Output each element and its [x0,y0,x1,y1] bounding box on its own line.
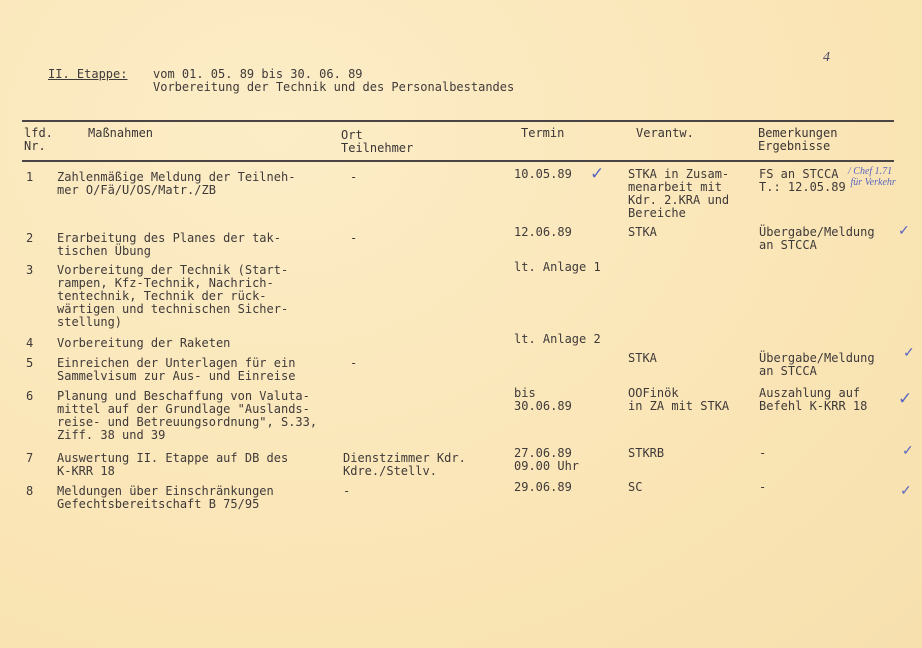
stage-label: II. Etappe: [48,68,127,81]
page-number: 4 [823,50,830,66]
row-termin: 29.06.89 [514,481,572,494]
table-header-rule [22,160,894,162]
row-bemerkungen: - [759,481,766,494]
row-bemerkungen: - [759,447,766,460]
row-massnahme: Vorbereitung der Raketen [57,337,230,350]
row-ort: - [350,232,357,245]
row-massnahme: Meldungen über Einschränkungen Gefechtsb… [57,485,274,511]
row-verantw: STKA [628,352,657,365]
row-termin: lt. Anlage 2 [514,333,601,346]
row-verantw: OOFinök in ZA mit STKA [628,387,729,413]
row-termin: 10.05.89 [514,168,572,181]
row-ort: Dienstzimmer Kdr. Kdre./Stellv. [343,452,466,478]
row-nr: 7 [26,452,33,465]
row-massnahme: Planung und Beschaffung von Valuta- mitt… [57,390,317,442]
header-termin: Termin [521,127,564,140]
row-nr: 5 [26,357,33,370]
row-massnahme: Zahlenmäßige Meldung der Teilneh- mer O/… [57,171,295,197]
row-ort: - [343,485,350,498]
row-nr: 3 [26,264,33,277]
row-nr: 2 [26,232,33,245]
check-mark-icon: ✓ [590,165,604,182]
check-mark-icon: ✓ [900,482,912,499]
row-bemerkungen: Auszahlung auf Befehl K-KRR 18 [759,387,867,413]
row-massnahme: Auswertung II. Etappe auf DB des K-KRR 1… [57,452,288,478]
check-mark-icon: ✓ [898,390,912,407]
row-bemerkungen: FS an STCCA T.: 12.05.89 [759,168,846,194]
row-verantw: STKRB [628,447,664,460]
check-mark-icon: ✓ [898,222,910,239]
row-nr: 4 [26,337,33,350]
row-massnahme: Einreichen der Unterlagen für ein Sammel… [57,357,295,383]
row-bemerkungen: Übergabe/Meldung an STCCA [759,352,875,378]
row-termin: 12.06.89 [514,226,572,239]
stage-subject: Vorbereitung der Technik und des Persona… [153,81,514,94]
table-top-rule [22,120,894,122]
row-termin: 27.06.89 09.00 Uhr [514,447,579,473]
row-nr: 6 [26,390,33,403]
header-ort: Ort Teilnehmer [341,129,413,155]
row-nr: 1 [26,171,33,184]
handwritten-note: / Chef 1.71 für Verkehr [848,166,896,188]
row-verantw: STKA in Zusam- menarbeit mit Kdr. 2.KRA … [628,168,729,220]
header-massnahmen: Maßnahmen [88,127,153,140]
header-nr: lfd. Nr. [24,127,53,153]
row-verantw: STKA [628,226,657,239]
row-ort: - [350,171,357,184]
row-verantw: SC [628,481,642,494]
row-bemerkungen: Übergabe/Meldung an STCCA [759,226,875,252]
row-termin: lt. Anlage 1 [514,261,601,274]
row-ort: - [350,357,357,370]
check-mark-icon: ✓ [903,344,915,361]
row-massnahme: Vorbereitung der Technik (Start- rampen,… [57,264,288,329]
row-termin: bis 30.06.89 [514,387,572,413]
header-bemerkungen: Bemerkungen Ergebnisse [758,127,837,153]
header-verantw: Verantw. [636,127,694,140]
row-massnahme: Erarbeitung des Planes der tak- tischen … [57,232,281,258]
check-mark-icon: ✓ [902,442,914,459]
row-nr: 8 [26,485,33,498]
